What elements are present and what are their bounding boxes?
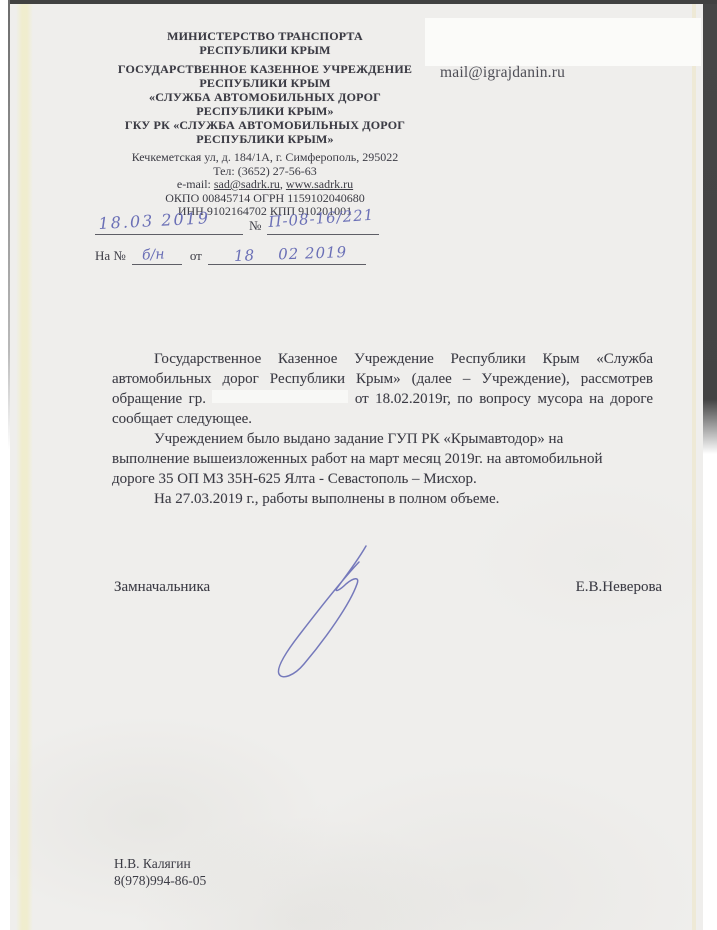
handwritten-incoming-date: 18 02 2019: [234, 243, 348, 265]
organization-short-name-line: РЕСПУБЛИКИ КРЫМ»: [98, 132, 432, 146]
ministry-name-line: МИНИСТЕРСТВО ТРАНСПОРТА: [98, 29, 432, 43]
redaction-box: [425, 18, 701, 66]
signer-name: Е.В.Неверова: [576, 579, 662, 596]
scanned-letter-page: МИНИСТЕРСТВО ТРАНСПОРТА РЕСПУБЛИКИ КРЫМ …: [10, 4, 703, 930]
body-line: выполнение вышеизложенных работ на март …: [112, 449, 653, 469]
letterhead: МИНИСТЕРСТВО ТРАНСПОРТА РЕСПУБЛИКИ КРЫМ …: [98, 29, 432, 219]
executor-name: Н.В. Калягин: [114, 856, 206, 873]
signer-title: Замначальника: [114, 579, 210, 596]
incoming-number-label: На №: [95, 248, 126, 264]
scan-artifact-right-strip: [692, 4, 696, 930]
ministry-name-line: РЕСПУБЛИКИ КРЫМ: [98, 43, 432, 57]
phone-line: Тел: (3652) 27-56-63: [98, 165, 432, 179]
incoming-date-field: 18 02 2019: [208, 244, 366, 265]
outgoing-reg-row: 18.03 2019 № П-08-16/221: [95, 210, 405, 235]
incoming-number-field: б/н: [132, 244, 182, 265]
organization-name-line: ГОСУДАРСТВЕННОЕ КАЗЕННОЕ УЧРЕЖДЕНИЕ: [98, 62, 432, 76]
body-line: сообщает следующее.: [112, 409, 653, 429]
org-email-link[interactable]: sad@sadrk.ru: [214, 177, 280, 191]
signature-ink: [266, 532, 392, 688]
redaction-inline: [212, 390, 348, 403]
executor-phone: 8(978)994-86-05: [114, 873, 206, 890]
executor-block: Н.В. Калягин 8(978)994-86-05: [114, 856, 206, 889]
incoming-from-label: от: [190, 248, 202, 264]
organization-name-line: «СЛУЖБА АВТОМОБИЛЬНЫХ ДОРОГ: [98, 90, 432, 104]
body-text-fragment: обращение гр.: [112, 391, 206, 407]
organization-short-name-line: ГКУ РК «СЛУЖБА АВТОМОБИЛЬНЫХ ДОРОГ: [98, 118, 432, 132]
body-line: Государственное Казенное Учреждение Респ…: [112, 349, 653, 369]
handwritten-incoming-number: б/н: [141, 246, 164, 263]
handwritten-outgoing-date: 18.03 2019: [98, 208, 210, 233]
scan-edge-top: [10, 0, 717, 4]
letter-body: Государственное Казенное Учреждение Респ…: [112, 349, 653, 509]
body-line: На 27.03.2019 г., работы выполнены в пол…: [112, 489, 653, 509]
handwritten-outgoing-number: П-08-16/221: [268, 206, 375, 231]
body-line: дороге 35 ОП МЗ 35Н-625 Ялта - Севастопо…: [112, 469, 653, 489]
org-website-link[interactable]: www.sadrk.ru: [286, 177, 353, 191]
email-label: e-mail:: [177, 177, 214, 191]
okpo-ogrn-line: ОКПО 00845714 ОГРН 1159102040680: [98, 192, 432, 206]
organization-name-line: РЕСПУБЛИКИ КРЫМ»: [98, 104, 432, 118]
scan-artifact-left-strip: [16, 4, 33, 930]
registration-block: 18.03 2019 № П-08-16/221 На № б/н от 18 …: [95, 210, 405, 265]
incoming-reg-row: На № б/н от 18 02 2019: [95, 244, 405, 265]
body-line: обращение гр. от 18.02.2019г, по вопросу…: [112, 389, 653, 409]
organization-name-line: РЕСПУБЛИКИ КРЫМ: [98, 76, 432, 90]
body-line: автомобильных дорог Республики Крым» (да…: [112, 369, 653, 389]
address-line: Кечкеметская ул, д. 184/1А, г. Симферопо…: [98, 151, 432, 165]
body-line: Учреждением было выдано задание ГУП РК «…: [112, 429, 653, 449]
body-text-fragment: от 18.02.2019г, по вопросу мусора на дор…: [355, 391, 653, 407]
outgoing-number-field: П-08-16/221: [267, 210, 379, 235]
outgoing-date-field: 18.03 2019: [95, 210, 243, 235]
email-line: e-mail: sad@sadrk.ru, www.sadrk.ru: [98, 178, 432, 192]
scan-edge-right: [703, 0, 717, 454]
number-sign: №: [249, 218, 261, 234]
scan-edge-left: [8, 0, 10, 450]
recipient-email: mail@igrajdanin.ru: [440, 64, 565, 82]
